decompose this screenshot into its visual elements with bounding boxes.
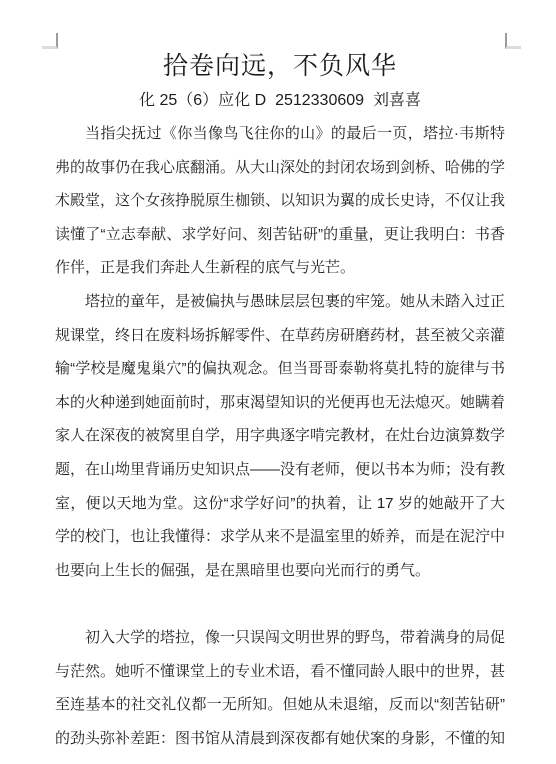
document-page: 拾卷向远，不负风华 化 25（6）应化 D 2512330609 刘喜喜 当指尖… — [0, 0, 556, 764]
document-title: 拾卷向远，不负风华 — [55, 46, 505, 86]
margin-corner-mark-top-right — [505, 33, 521, 49]
document-content: 拾卷向远，不负风华 化 25（6）应化 D 2512330609 刘喜喜 当指尖… — [55, 46, 505, 755]
document-body: 当指尖抚过《你当像鸟飞往你的山》的最后一页，塔拉·韦斯特弗的故事仍在我心底翻涌。… — [55, 117, 505, 755]
paragraph-3: 初入大学的塔拉，像一只误闯文明世界的野鸟，带着满身的局促与茫然。她听不懂课堂上的… — [55, 621, 505, 755]
document-byline: 化 25（6）应化 D 2512330609 刘喜喜 — [55, 86, 505, 116]
paragraph-2: 塔拉的童年，是被偏执与愚昧层层包裹的牢笼。她从未踏入过正规课堂，终日在废料场拆解… — [55, 285, 505, 587]
paragraph-1: 当指尖抚过《你当像鸟飞往你的山》的最后一页，塔拉·韦斯特弗的故事仍在我心底翻涌。… — [55, 117, 505, 285]
